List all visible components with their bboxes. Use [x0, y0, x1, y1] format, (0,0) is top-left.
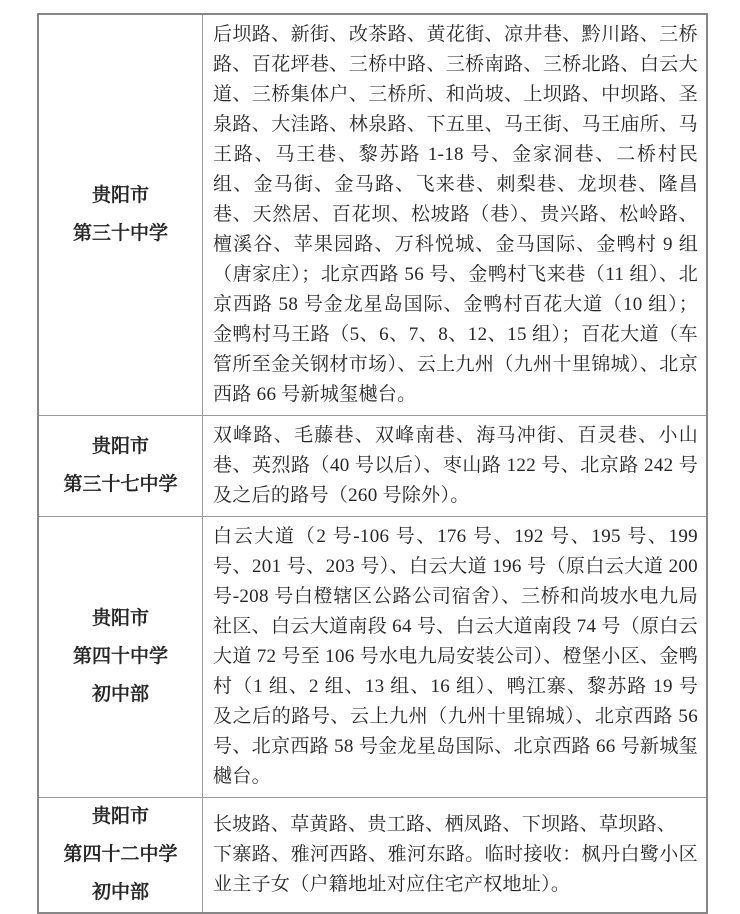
table-row: 贵阳市 第三十七中学 双峰路、毛藤巷、双峰南巷、海马冲街、百灵巷、小山巷、英烈路… — [38, 416, 707, 517]
district-streets-cell: 双峰路、毛藤巷、双峰南巷、海马冲街、百灵巷、小山巷、英烈路（40 号以后）、枣山… — [203, 416, 708, 517]
school-name-cell: 贵阳市 第三十七中学 — [38, 416, 203, 517]
school-name-cell: 贵阳市 第四十中学 初中部 — [38, 517, 203, 798]
document-page: 贵阳市 第三十中学 后坝路、新街、改茶路、黄花街、凉井巷、黔川路、三桥路、百花坪… — [37, 13, 708, 914]
table-row: 贵阳市 第四十中学 初中部 白云大道（2 号-106 号、176 号、192 号… — [38, 517, 707, 798]
table-row: 贵阳市 第四十二中学 初中部 长坡路、草黄路、贵工路、栖凤路、下坝路、草坝路、 … — [38, 798, 707, 914]
district-streets-cell: 白云大道（2 号-106 号、176 号、192 号、195 号、199 号、2… — [203, 517, 708, 798]
school-name-cell: 贵阳市 第三十中学 — [38, 14, 203, 416]
district-streets-cell: 长坡路、草黄路、贵工路、栖凤路、下坝路、草坝路、 下寨路、雅河西路、雅河东路。临… — [203, 798, 708, 914]
school-district-table: 贵阳市 第三十中学 后坝路、新街、改茶路、黄花街、凉井巷、黔川路、三桥路、百花坪… — [37, 13, 708, 914]
table-body: 贵阳市 第三十中学 后坝路、新街、改茶路、黄花街、凉井巷、黔川路、三桥路、百花坪… — [38, 14, 707, 913]
district-streets-cell: 后坝路、新街、改茶路、黄花街、凉井巷、黔川路、三桥路、百花坪巷、三桥中路、三桥南… — [203, 14, 708, 416]
table-row: 贵阳市 第三十中学 后坝路、新街、改茶路、黄花街、凉井巷、黔川路、三桥路、百花坪… — [38, 14, 707, 416]
school-name-cell: 贵阳市 第四十二中学 初中部 — [38, 798, 203, 914]
